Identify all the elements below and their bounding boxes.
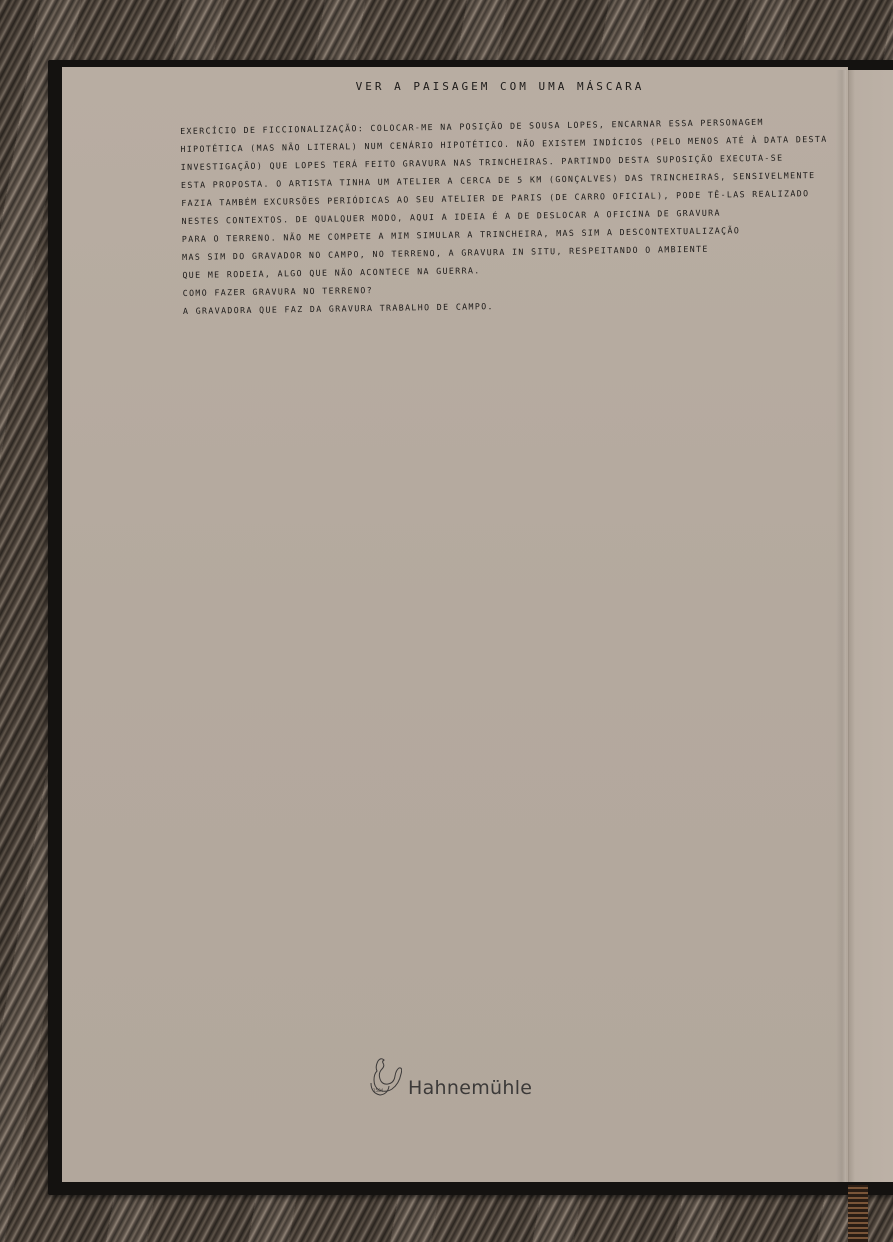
bookmark-ribbon bbox=[848, 1185, 868, 1242]
rooster-icon: 1584 bbox=[368, 1055, 402, 1099]
page-title: VER A PAISAGEM COM UMA MÁSCARA bbox=[300, 80, 700, 93]
svg-text:1584: 1584 bbox=[373, 1088, 384, 1093]
handwritten-notes: EXERCÍCIO DE FICCIONALIZAÇÃO: COLOCAR-ME… bbox=[180, 112, 833, 320]
brand-name: Hahnemühle bbox=[408, 1077, 532, 1099]
page-gutter bbox=[836, 70, 846, 1182]
next-page-edge bbox=[848, 70, 893, 1182]
brand-logo: 1584 Hahnemühle bbox=[368, 1055, 532, 1099]
